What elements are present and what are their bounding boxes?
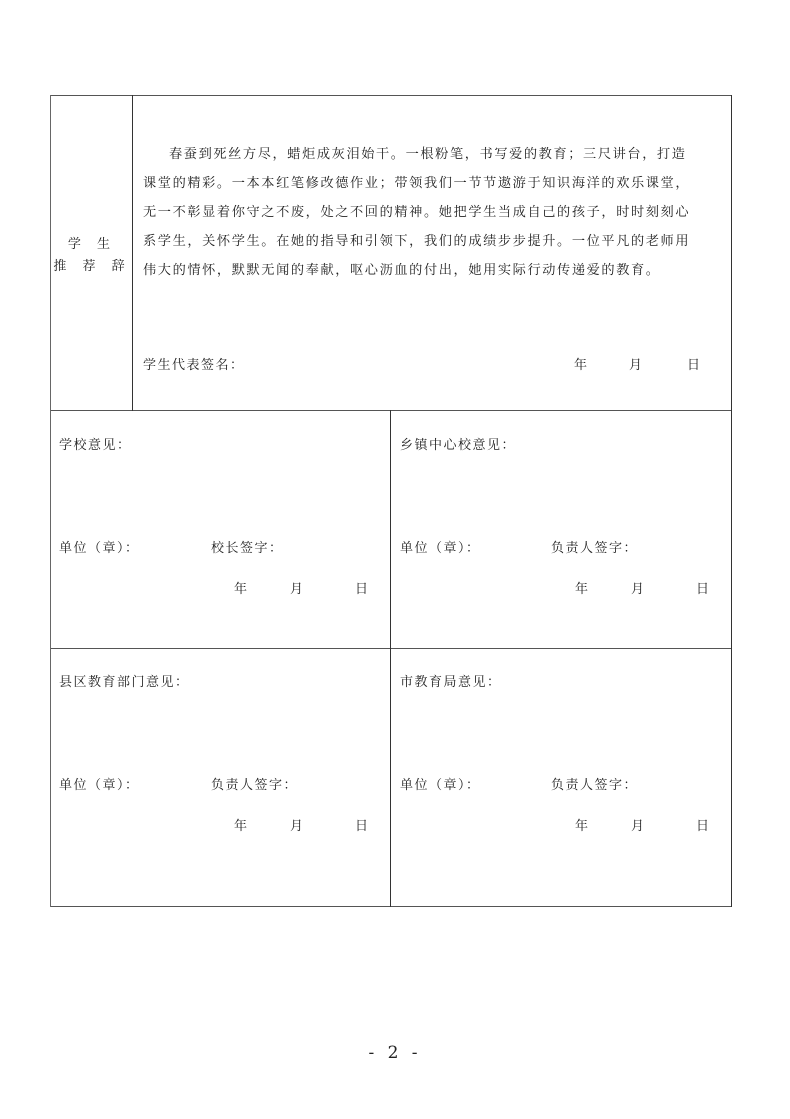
date-day-label: 日	[696, 583, 711, 596]
student-signature-label: 学生代表签名：	[143, 359, 245, 372]
city-signature-label: 负责人签字：	[551, 779, 638, 792]
school-opinion-title: 学校意见：	[59, 439, 132, 452]
school-unit-label: 单位（章）：	[59, 542, 140, 555]
table-border-row1-bottom	[50, 410, 732, 411]
date-month-label: 月	[631, 583, 646, 596]
date-year-label: 年	[575, 583, 590, 596]
date-month-label: 月	[290, 820, 305, 833]
township-opinion-title: 乡镇中心校意见：	[400, 439, 516, 452]
table-border-bottom	[50, 906, 732, 907]
date-year-label: 年	[575, 820, 590, 833]
table-middle-divider	[390, 410, 391, 907]
date-year-label: 年	[574, 359, 589, 372]
side-label-line1: 学 生	[52, 238, 132, 251]
recommendation-text: 春蚕到死丝方尽，蜡炬成灰泪始干。一根粉笔，书写爱的教育；三尺讲台，打造 课堂的精…	[143, 140, 723, 285]
recommendation-line: 伟大的情怀，默默无闻的奉献，呕心沥血的付出，她用实际行动传递爱的教育。	[143, 256, 723, 285]
county-signature-label: 负责人签字：	[211, 779, 298, 792]
side-label-line2: 推 荐 辞	[52, 260, 132, 273]
date-month-label: 月	[290, 583, 305, 596]
date-day-label: 日	[696, 820, 711, 833]
page-number: - 2 -	[0, 1043, 790, 1063]
date-month-label: 月	[629, 359, 644, 372]
table-border-top	[50, 95, 732, 96]
date-year-label: 年	[234, 820, 249, 833]
date-day-label: 日	[355, 583, 370, 596]
county-unit-label: 单位（章）：	[59, 779, 140, 792]
recommendation-line: 系学生，关怀学生。在她的指导和引领下，我们的成绩步步提升。一位平凡的老师用	[143, 227, 723, 256]
recommendation-line: 课堂的精彩。一本本红笔修改德作业；带领我们一节节遨游于知识海洋的欢乐课堂，	[143, 169, 723, 198]
date-day-label: 日	[687, 359, 702, 372]
principal-signature-label: 校长签字：	[211, 542, 284, 555]
city-opinion-title: 市教育局意见：	[400, 676, 502, 689]
date-day-label: 日	[355, 820, 370, 833]
township-signature-label: 负责人签字：	[551, 542, 638, 555]
recommendation-line: 春蚕到死丝方尽，蜡炬成灰泪始干。一根粉笔，书写爱的教育；三尺讲台，打造	[143, 140, 723, 169]
table-border-left	[50, 95, 51, 907]
table-side-label-divider	[132, 95, 133, 411]
city-unit-label: 单位（章）：	[400, 779, 481, 792]
date-year-label: 年	[234, 583, 249, 596]
county-opinion-title: 县区教育部门意见：	[59, 676, 190, 689]
recommendation-line: 无一不彰显着你守之不废，处之不回的精神。她把学生当成自己的孩子，时时刻刻心	[143, 198, 723, 227]
township-unit-label: 单位（章）：	[400, 542, 481, 555]
table-border-right	[731, 95, 732, 907]
table-border-row2-bottom	[50, 648, 732, 649]
date-month-label: 月	[631, 820, 646, 833]
